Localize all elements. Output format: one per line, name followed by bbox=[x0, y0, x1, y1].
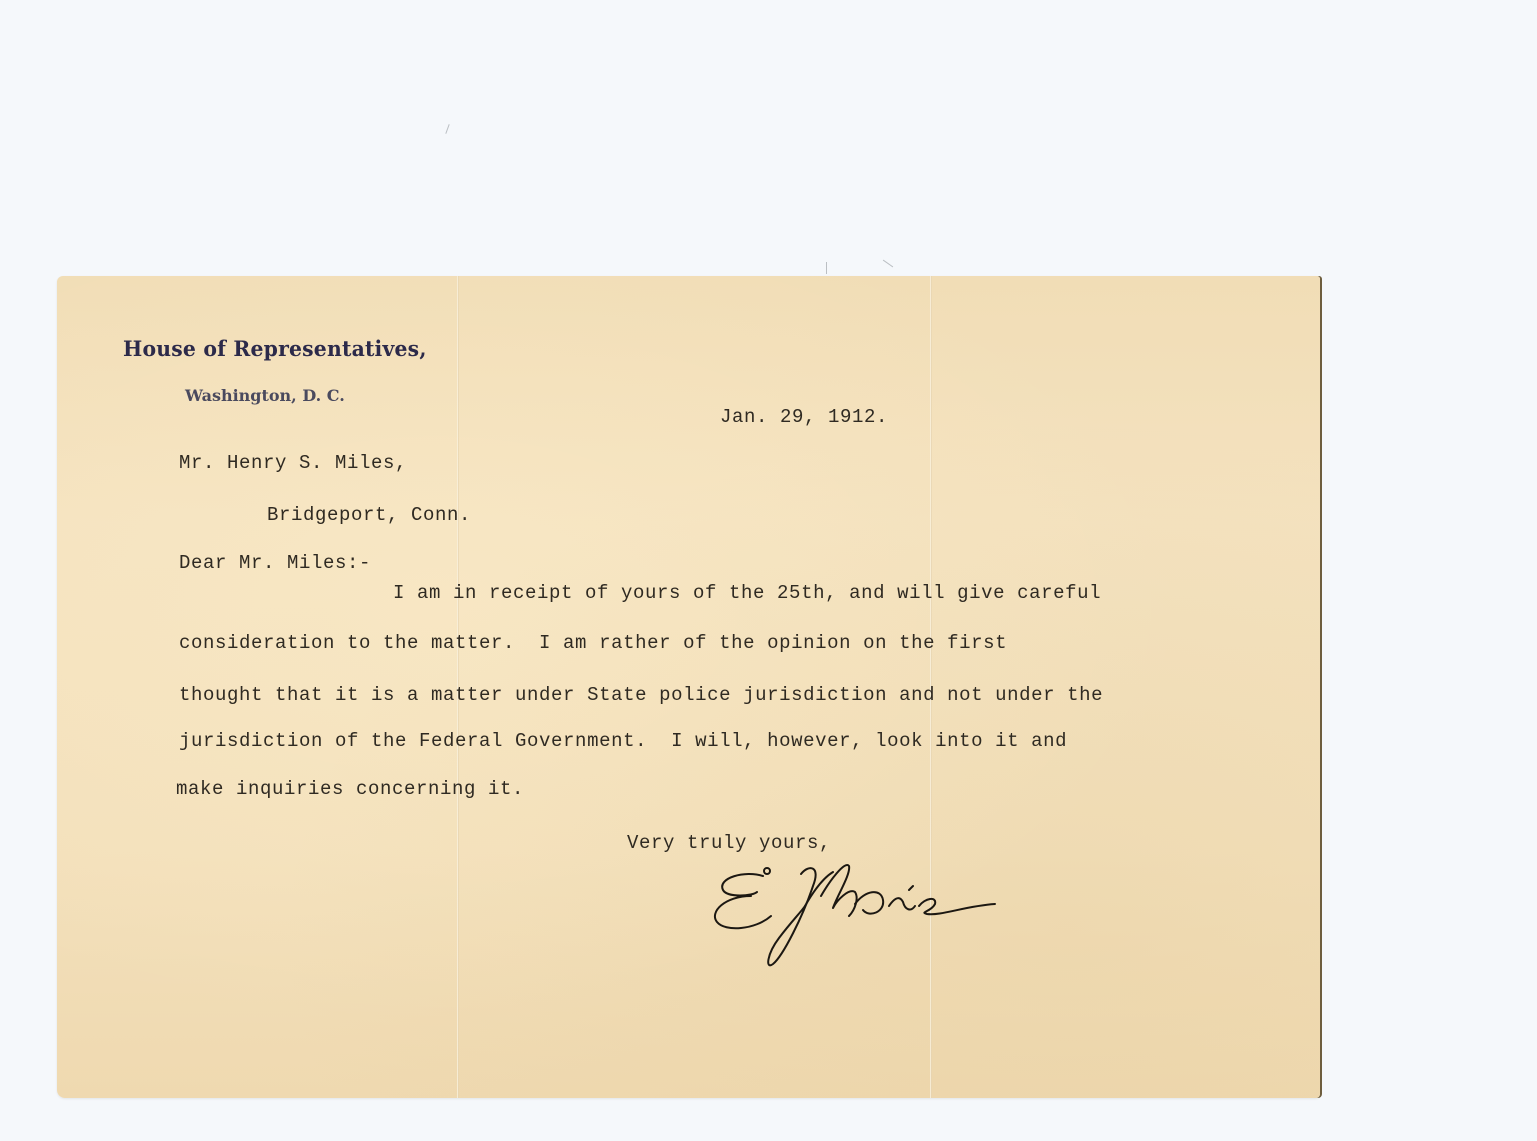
letterhead-title: House of Representatives, bbox=[123, 336, 427, 361]
body-line: make inquiries concerning it. bbox=[176, 778, 524, 800]
letter-date: Jan. 29, 1912. bbox=[720, 406, 888, 428]
handwritten-signature bbox=[705, 856, 1035, 976]
closing: Very truly yours, bbox=[627, 832, 831, 854]
scan-speck bbox=[445, 124, 449, 134]
body-line: thought that it is a matter under State … bbox=[179, 684, 1103, 706]
body-line: jurisdiction of the Federal Government. … bbox=[179, 730, 1067, 752]
salutation: Dear Mr. Miles:- bbox=[179, 552, 371, 574]
recipient-name: Mr. Henry S. Miles, bbox=[179, 452, 407, 474]
scan-background: House of Representatives, Washington, D.… bbox=[0, 0, 1537, 1141]
scan-speck bbox=[826, 262, 827, 274]
body-line: I am in receipt of yours of the 25th, an… bbox=[393, 582, 1101, 604]
letter-paper: House of Representatives, Washington, D.… bbox=[57, 276, 1320, 1098]
scan-speck bbox=[883, 260, 893, 268]
letterhead-location: Washington, D. C. bbox=[185, 386, 345, 405]
body-line: consideration to the matter. I am rather… bbox=[179, 632, 1007, 654]
recipient-address: Bridgeport, Conn. bbox=[267, 504, 471, 526]
